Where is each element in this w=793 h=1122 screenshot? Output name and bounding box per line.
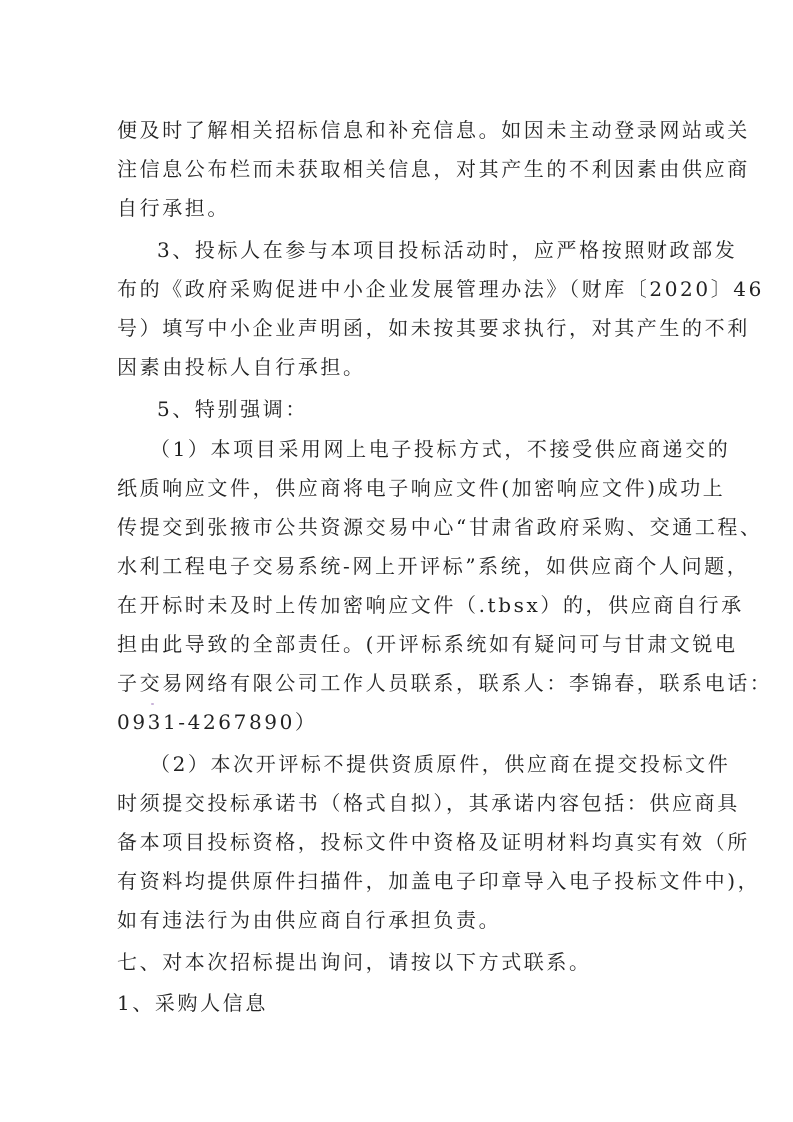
section-7-heading: 七、对本次招标提出询问，请按以下方式联系。 [117, 950, 673, 974]
paragraph-line: 时须提交投标承诺书（格式自拟），其承诺内容包括：供应商具 [117, 791, 673, 815]
paragraph-line: 如有违法行为由供应商自行承担负责。 [117, 908, 673, 932]
paragraph-line: 备本项目投标资格，投标文件中资格及证明材料均真实有效（所 [117, 830, 673, 854]
document-page: 便及时了解相关招标信息和补充信息。如因未主动登录网站或关 注信息公布栏而未获取相… [0, 0, 793, 1122]
subitem-1-line: （1）本项目采用网上电子投标方式，不接受供应商递交的 [150, 437, 673, 461]
paragraph-line: 有资料均提供原件扫描件，加盖电子印章导入电子投标文件中)， [117, 869, 673, 893]
contact-phone-line: 0931-4267890） [117, 710, 673, 734]
paragraph-line: 纸质响应文件，供应商将电子响应文件(加密响应文件)成功上 [117, 476, 673, 500]
paragraph-line: 注信息公布栏而未获取相关信息，对其产生的不利因素由供应商 [117, 157, 673, 181]
paragraph-line: 布的《政府采购促进中小企业发展管理办法》（财库〔2020〕46 [117, 277, 673, 301]
paragraph-line: 子交易网络有限公司工作人员联系，联系人：李锦春，联系电话： [117, 671, 673, 695]
subitem-2-line: （2）本次开评标不提供资质原件，供应商在提交投标文件 [150, 752, 673, 776]
paragraph-line: 担由此导致的全部责任。(开评标系统如有疑问可与甘肃文锐电 [117, 632, 673, 656]
item-5-heading: 5、特别强调： [157, 397, 673, 421]
paragraph-line: 自行承担。 [117, 196, 673, 220]
paragraph-line: 便及时了解相关招标信息和补充信息。如因未主动登录网站或关 [117, 118, 673, 142]
purchaser-info-heading: 1、采购人信息 [117, 991, 673, 1015]
item-3-heading-line: 3、投标人在参与本项目投标活动时，应严格按照财政部发 [157, 238, 673, 262]
scan-speck [151, 703, 154, 705]
paragraph-line: 在开标时未及时上传加密响应文件（.tbsx）的，供应商自行承 [117, 593, 673, 617]
paragraph-line: 传提交到张掖市公共资源交易中心“甘肃省政府采购、交通工程、 [117, 515, 673, 539]
paragraph-line: 水利工程电子交易系统-网上开评标”系统，如供应商个人问题， [117, 554, 673, 578]
paragraph-line: 号）填写中小企业声明函，如未按其要求执行，对其产生的不利 [117, 316, 673, 340]
paragraph-line: 因素由投标人自行承担。 [117, 355, 673, 379]
